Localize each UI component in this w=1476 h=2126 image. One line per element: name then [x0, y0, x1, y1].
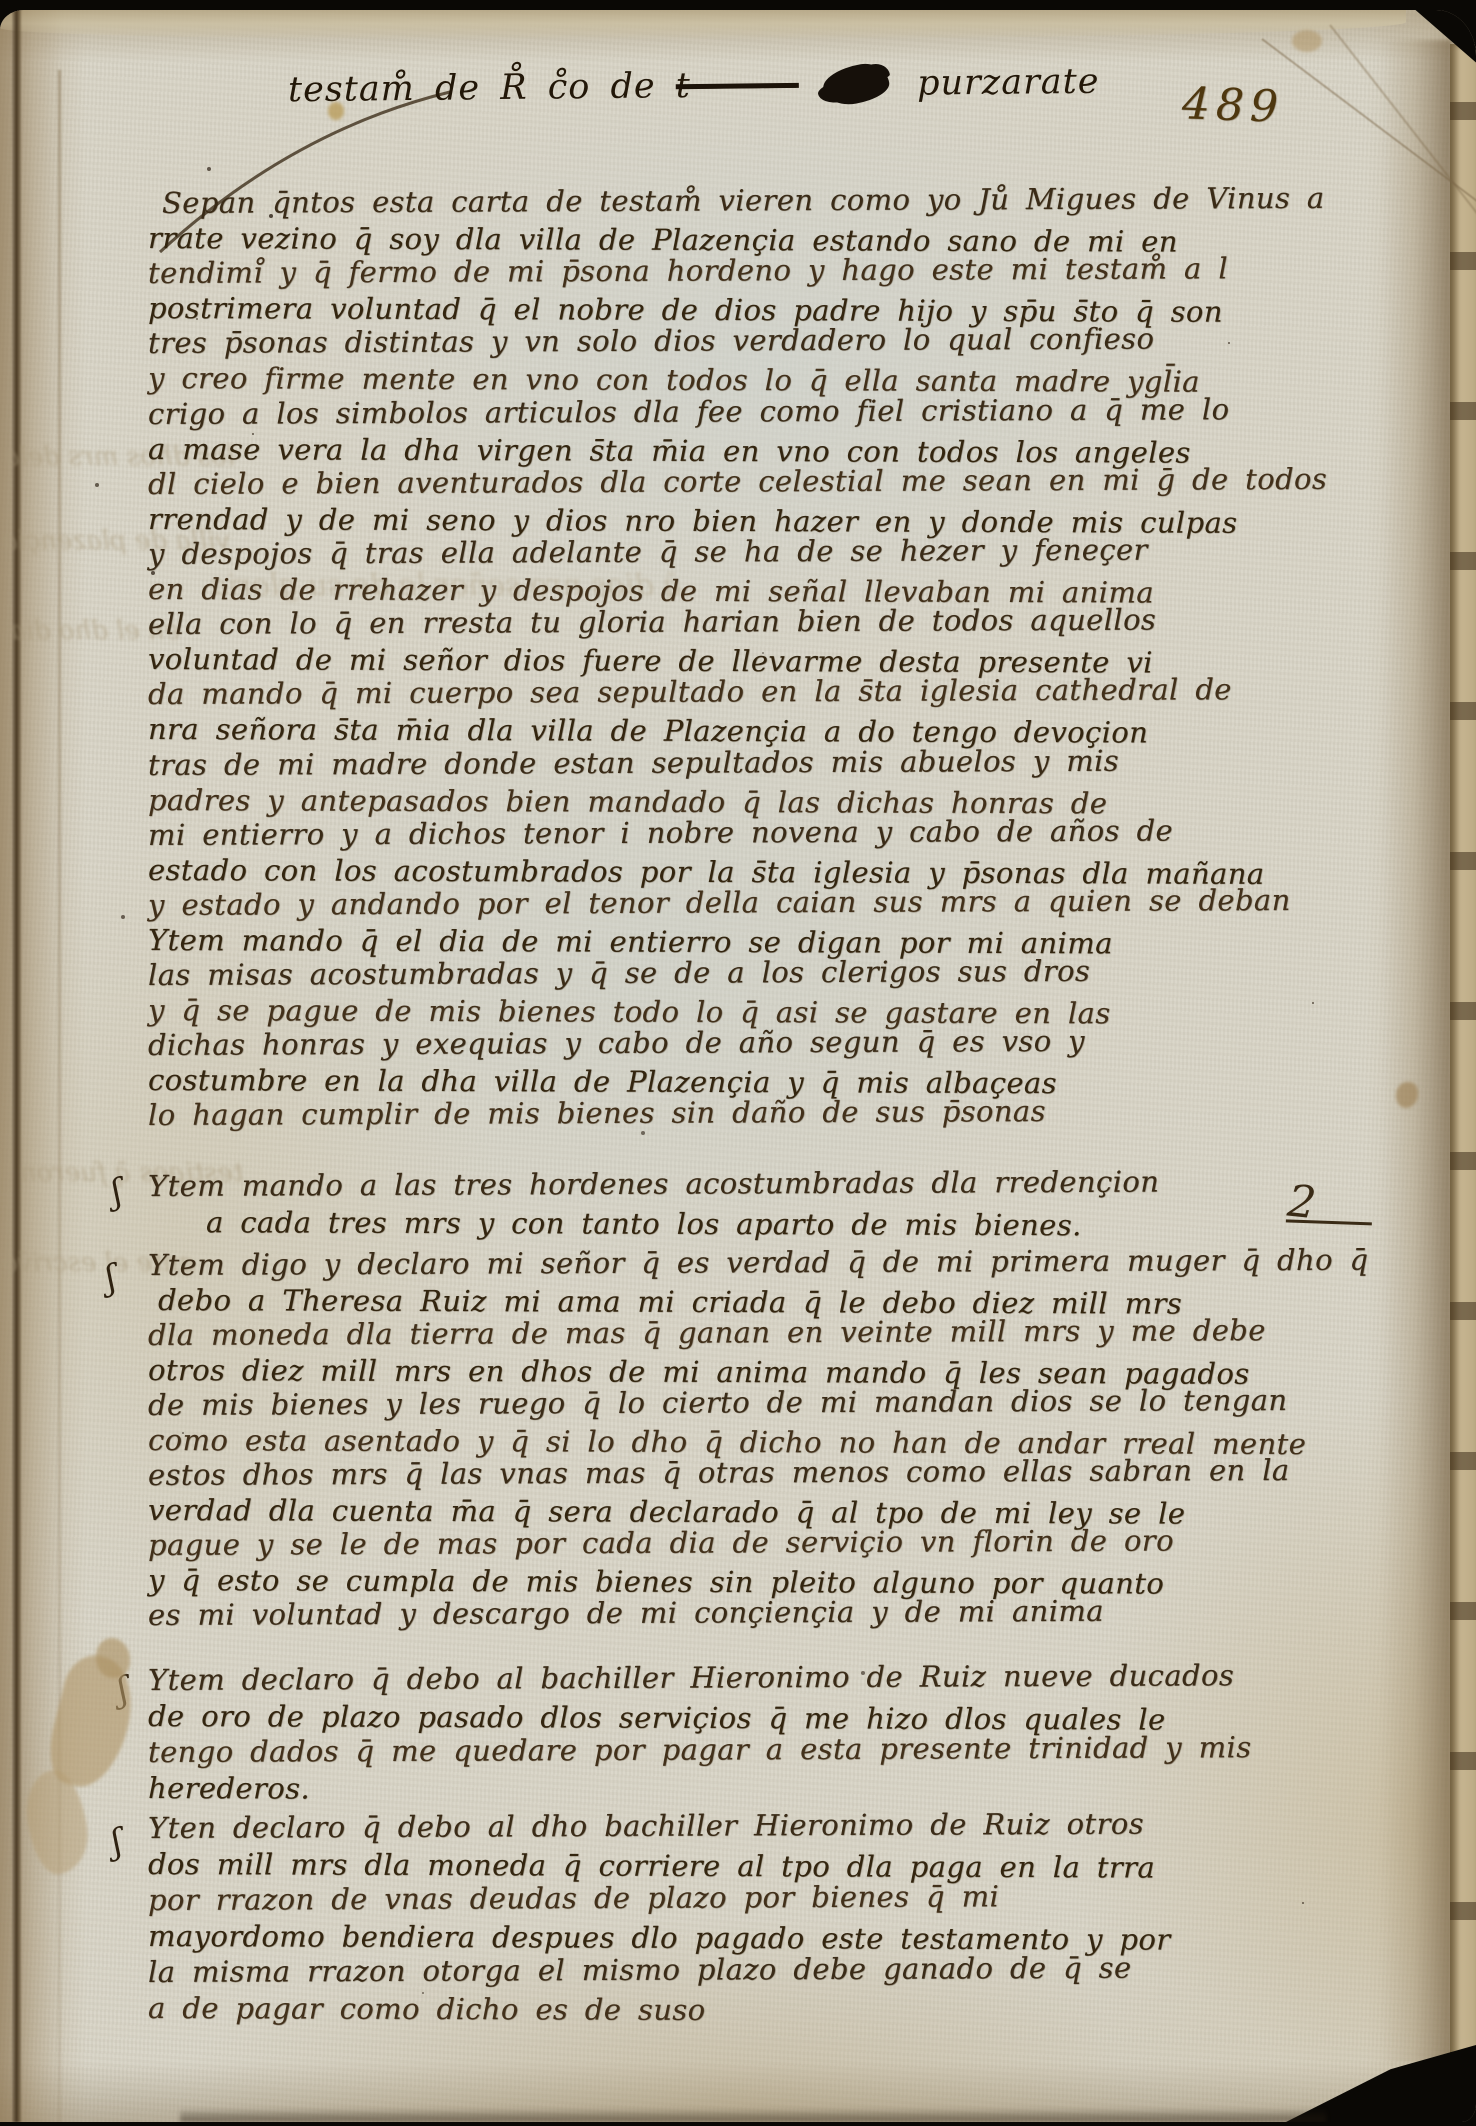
manuscript-line: ella con lo q̄ en rresta tu gloria haria… [148, 601, 1438, 642]
manuscript-line: la misma rrazon otorga el mismo plazo de… [148, 1948, 1438, 1990]
manuscript-line: tendimi̊ y q̄ fermo de mi p̄sona hordeno… [148, 251, 1438, 292]
manuscript-line: es mi voluntad y descargo de mi conçienç… [148, 1592, 1438, 1633]
paper-stain [1292, 30, 1322, 52]
ink-specks [0, 10, 2, 12]
manuscript-line: lo hagan cumplir de mis bienes sin daño … [148, 1093, 1438, 1134]
manuscript-line: a de pagar como dicho es de suso [148, 1990, 1438, 2031]
manuscript-page: los dhos mrs dela villa de plazençia en … [0, 10, 1476, 2122]
folio-number: 489 [1181, 78, 1285, 133]
manuscript-line: de mis bienes y les ruego q̄ lo cierto d… [148, 1382, 1438, 1423]
header-text-before: testam̊ de R̊ c̊o de [288, 66, 656, 110]
manuscript-line: Ytem digo y declaro mi señor q̄ es verda… [148, 1242, 1438, 1283]
paper-stain [328, 102, 344, 120]
manuscript-line: y estado y andando por el tenor della ca… [148, 882, 1438, 923]
bottom-edge-wear [180, 2108, 1326, 2122]
paragraph-end-mark: 2 [1286, 1176, 1376, 1229]
binding-gutter-line [12, 10, 22, 2122]
item-margin-mark: ʃ [107, 1821, 126, 1862]
text-block-item-deudas: Ytem digo y declaro mi señor q̄ es verda… [148, 1248, 1438, 1633]
text-block-item-bachiller: Ytem declaro q̄ debo al bachiller Hieron… [148, 1662, 1438, 1806]
text-block-opening: Sepan q̄ntos esta carta de testam̊ viere… [148, 186, 1438, 1134]
manuscript-line: dla moneda dla tierra de mas q̄ ganan en… [148, 1312, 1438, 1353]
manuscript-line: las misas acostumbradas y q̄ se de a los… [148, 952, 1438, 993]
manuscript-line: pague y se le de mas por cada dia de ser… [148, 1522, 1438, 1563]
paper-stain [96, 1638, 130, 1678]
manuscript-line: Ytem mando a las tres hordenes acostumbr… [148, 1162, 1438, 1204]
text-block-item-final: Yten declaro q̄ debo al dho bachiller Hi… [148, 1810, 1438, 2026]
manuscript-line: estos dhos mrs q̄ las vnas mas q̄ otras … [148, 1452, 1438, 1493]
underlying-page-edge [1450, 44, 1476, 2058]
manuscript-line: mi entierro y a dichos tenor i nobre nov… [148, 812, 1438, 853]
manuscript-line: a cada tres mrs y con tanto los aparto d… [148, 1204, 1438, 1245]
manuscript-line: Sepan q̄ntos esta carta de testam̊ viere… [148, 180, 1438, 221]
header-struck-text: t——— [676, 65, 799, 106]
manuscript-line: crigo a los simbolos articulos dla fee c… [148, 391, 1438, 432]
manuscript-line: dl cielo e bien aventurados dla corte ce… [148, 461, 1438, 502]
header-text-after: purzarate [917, 62, 1100, 104]
page-top-edge [0, 10, 1406, 40]
manuscript-line: da mando q̄ mi cuerpo sea sepultado en l… [148, 672, 1438, 713]
manuscript-line: tres p̄sonas distintas y vn solo dios ve… [148, 321, 1438, 362]
manuscript-line: Yten declaro q̄ debo al dho bachiller Hi… [148, 1804, 1438, 1846]
manuscript-line: tengo dados q̄ me quedare por pagar a es… [148, 1728, 1438, 1770]
manuscript-line: dichas honras y exequias y cabo de año s… [148, 1023, 1438, 1064]
manuscript-line: por rrazon de vnas deudas de plazo por b… [148, 1876, 1438, 1918]
manuscript-scan: { "page": { "folio_number": "489", "head… [0, 0, 1476, 2126]
header-title: testam̊ de R̊ c̊o de t——— purzarate [288, 62, 1100, 110]
manuscript-line: y despojos q̄ tras ella adelante q̄ se h… [148, 531, 1438, 572]
manuscript-line: Ytem declaro q̄ debo al bachiller Hieron… [148, 1656, 1438, 1698]
text-block-item-ordenes: Ytem mando a las tres hordenes acostumbr… [148, 1168, 1438, 1240]
manuscript-line: tras de mi madre donde estan sepultados … [148, 742, 1438, 783]
ink-blot [820, 60, 891, 108]
